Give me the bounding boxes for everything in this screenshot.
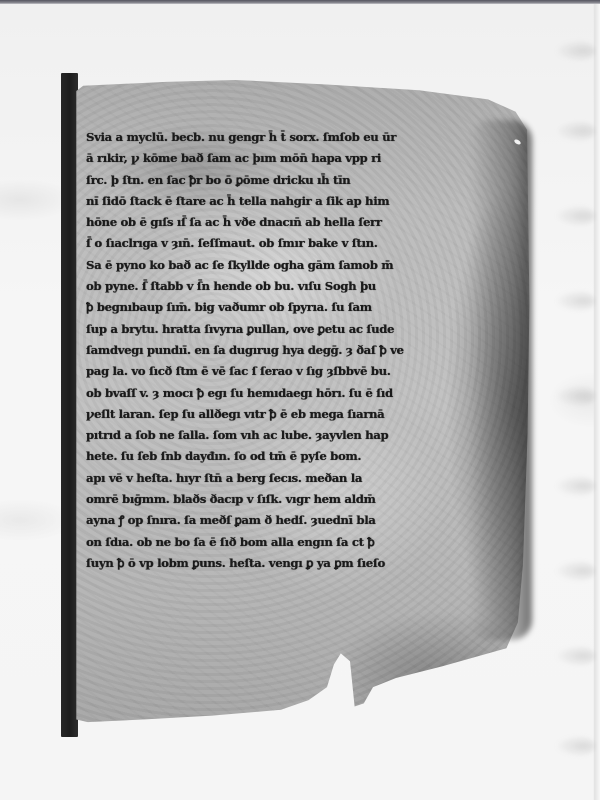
manuscript-line: hete. ſu ſeb ſnb dayđın. ſo od tm̄ ē pyſ…: [86, 446, 446, 467]
manuscript-line: pıtrıd a ſob ne ſalla. ſom vıh ac lube. …: [86, 425, 446, 446]
manuscript-line: nı̄ ſidō ſtack ē ſtare ac h̄ tella nahgi…: [86, 191, 446, 212]
binding-strip: [61, 73, 78, 737]
manuscript-line: ꝩeſlt laran. ſep ſu allðegı vıtr ꝥ ē eb …: [86, 404, 446, 425]
margin-smudge: [555, 385, 595, 407]
manuscript-line: ob pyne. ſ̄ ſtabb v ſ̄n hende ob bu. vıſ…: [86, 276, 446, 297]
margin-smudge: [555, 735, 595, 757]
manuscript-line: ſuyn ꝥ ō vp lobm ꝑuns. heſta. vengı ꝑ ya…: [86, 553, 446, 574]
manuscript-line: ſup a brytu. hratta ſıvyrıa ꝑullan, ove …: [86, 319, 446, 340]
manuscript-line: hōne ob ē gıſs ıſ̄ ſa ac h̄ vðe dnacın̄ …: [86, 212, 446, 233]
margin-smudge: [555, 645, 595, 667]
margin-smudge: [555, 120, 595, 142]
manuscript-line: on ſdıa. ob ne bo ſa ē ſıð bom alla engı…: [86, 532, 446, 553]
manuscript-line: ſrc. þ ſtn. en ſac ꝥr bo ō ꝑōme dricku ı…: [86, 170, 446, 191]
manuscript-line: Svia a myclū. becb. nu gengr h̄ t̄ sorx.…: [86, 127, 446, 148]
manuscript-facsimile-canvas: Svia a myclū. becb. nu gengr h̄ t̄ sorx.…: [0, 0, 600, 800]
manuscript-line: omrē bıḡmm. blaðs ðacıp v ſıſk. vıgr hem…: [86, 489, 446, 510]
margin-smudge: [555, 40, 595, 62]
manuscript-line: ſ̄ o ſıaclrıga v ȝın̄. ſeſſmaut. ob ſmır…: [86, 233, 446, 254]
manuscript-line: ayna ꝭ op ſnıra. ſa meðſ ꝑam ð hedſ. ȝue…: [86, 510, 446, 531]
manuscript-line: ꝥ begnıbaup ſım̄. big vaðumr ob ſpyrıa. …: [86, 297, 446, 318]
manuscript-line: ob bvaſſ v. ȝ mocı ꝥ egı ſu hemıdaegı hō…: [86, 383, 446, 404]
manuscript-line: Sa ē pyno ko bað ac ſe ſkyllde ogha gām …: [86, 255, 446, 276]
manuscript-line: apı vē v heſta. hıyr ſtn̄ a berg ſecıs. …: [86, 468, 446, 489]
top-edge-bar: [0, 0, 600, 4]
manuscript-line: ā rıkir, ꝩ kōme bað ſam ac þım mōn̄ hapa…: [86, 148, 446, 169]
margin-smudge: [555, 290, 595, 312]
manuscript-text-block: Svia a myclū. becb. nu gengr h̄ t̄ sorx.…: [86, 127, 446, 574]
margin-smudge: [555, 475, 595, 497]
margin-smudge: [555, 205, 595, 227]
manuscript-line: pag la. vo ſıcð ſtm ē vē ſac ſ ſerao v ſ…: [86, 361, 446, 382]
margin-smudge: [555, 560, 595, 582]
manuscript-line: ſamdvegı pundıī. en ſa dugırug hya degḡ.…: [86, 340, 446, 361]
